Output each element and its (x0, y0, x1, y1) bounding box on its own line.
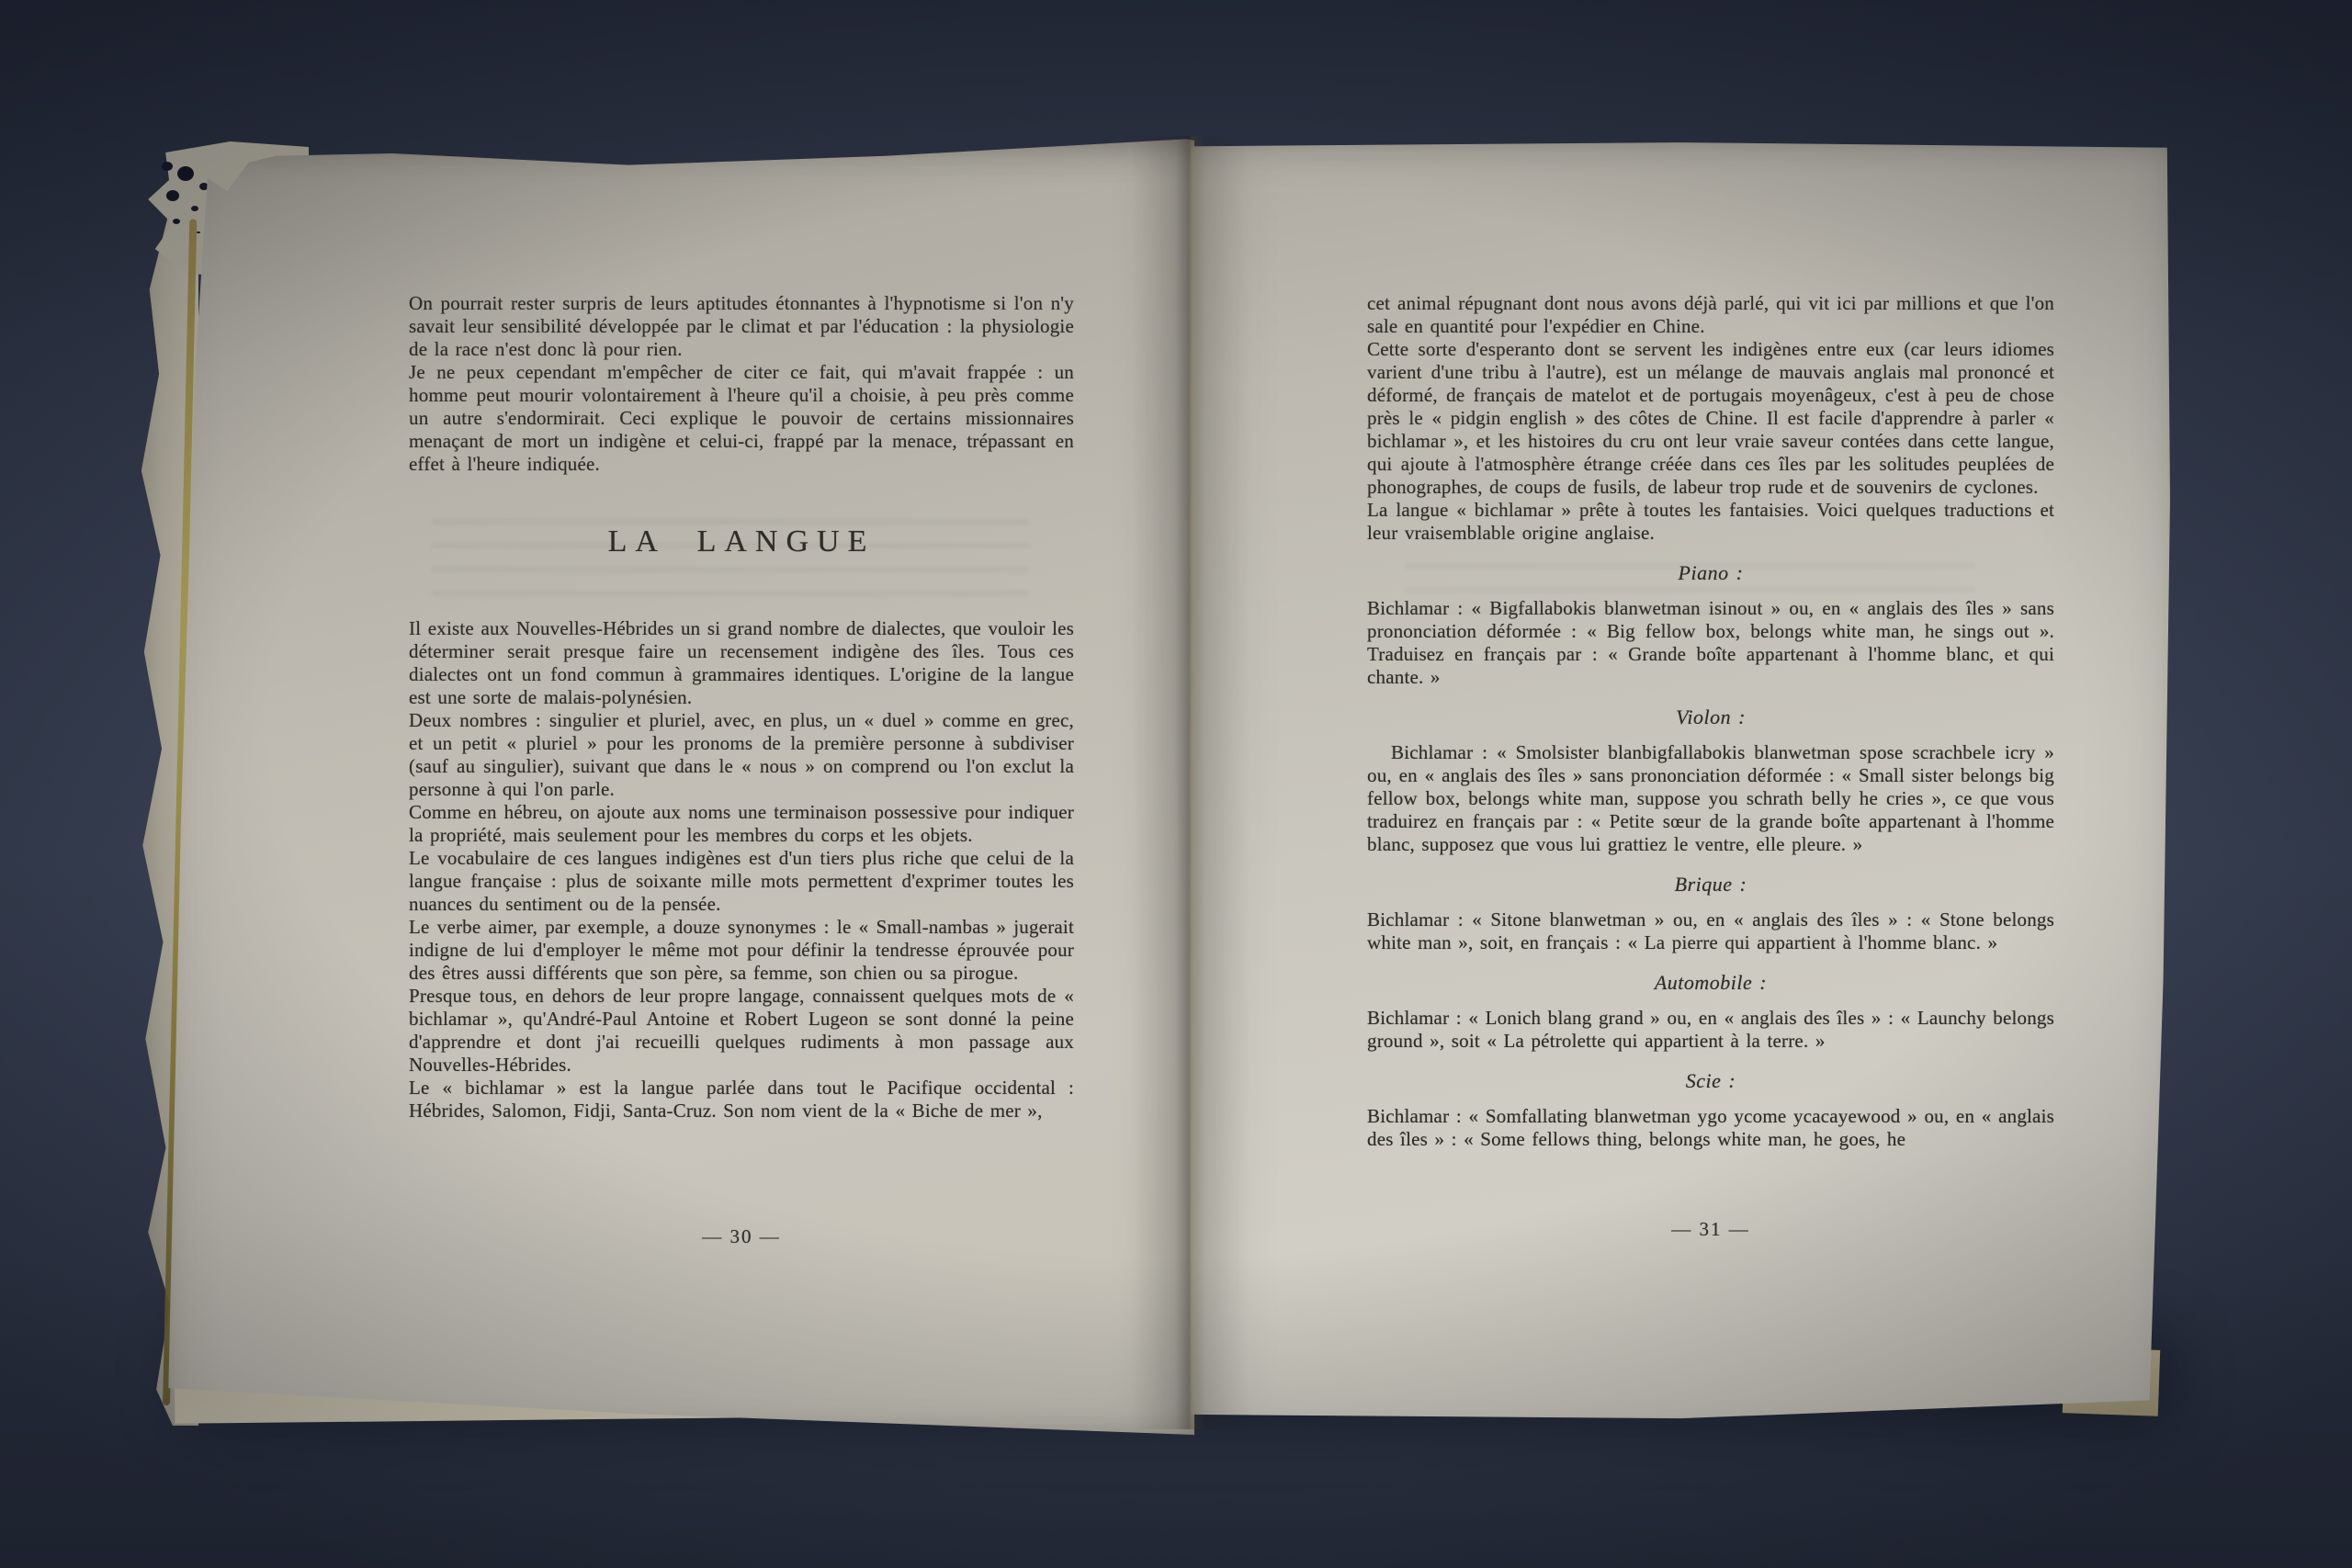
paragraph: Bichlamar : « Lonich blang grand » ou, e… (1367, 1007, 2054, 1053)
paragraph: Comme en hébreu, on ajoute aux noms une … (409, 801, 1074, 847)
page-number-right: — 31 — (1367, 1218, 2054, 1241)
translation-heading-violon: Violon : (1367, 705, 2054, 728)
ink-speckles (162, 162, 173, 171)
paragraph: Le verbe aimer, par exemple, a douze syn… (409, 916, 1074, 985)
paragraph: La langue « bichlamar » prête à toutes l… (1367, 499, 2054, 545)
paragraph: Bichlamar : « Smolsister blanbigfallabok… (1367, 741, 2054, 856)
left-page-text: On pourrait rester surpris de leurs apti… (409, 292, 1074, 1122)
translation-heading-scie: Scie : (1367, 1069, 2054, 1092)
translation-heading-brique: Brique : (1367, 873, 2054, 896)
right-page-text: cet animal répugnant dont nous avons déj… (1367, 292, 2054, 1151)
translation-heading-automobile: Automobile : (1367, 971, 2054, 994)
photo-of-open-book: On pourrait rester surpris de leurs apti… (0, 0, 2352, 1568)
chapter-heading: LA LANGUE (409, 524, 1074, 560)
paragraph: cet animal répugnant dont nous avons déj… (1367, 292, 2054, 338)
paragraph: Cette sorte d'esperanto dont se servent … (1367, 338, 2054, 499)
gutter-crease-shadow (1130, 136, 1249, 1429)
translation-heading-piano: Piano : (1367, 561, 2054, 584)
page-number-left: — 30 — (409, 1225, 1074, 1248)
paragraph: Il existe aux Nouvelles-Hébrides un si g… (409, 617, 1074, 709)
paragraph: Deux nombres : singulier et pluriel, ave… (409, 709, 1074, 801)
paragraph: Bichlamar : « Somfallating blanwetman yg… (1367, 1105, 2054, 1151)
paragraph: Bichlamar : « Bigfallabokis blanwetman i… (1367, 597, 2054, 689)
paragraph: Le vocabulaire de ces langues indigènes … (409, 847, 1074, 916)
paragraph: Bichlamar : « Sitone blanwetman » ou, en… (1367, 908, 2054, 954)
paragraph: Je ne peux cependant m'empêcher de citer… (409, 361, 1074, 476)
paragraph: On pourrait rester surpris de leurs apti… (409, 292, 1074, 361)
paragraph: Le « bichlamar » est la langue parlée da… (409, 1077, 1074, 1122)
paragraph: Presque tous, en dehors de leur propre l… (409, 985, 1074, 1077)
